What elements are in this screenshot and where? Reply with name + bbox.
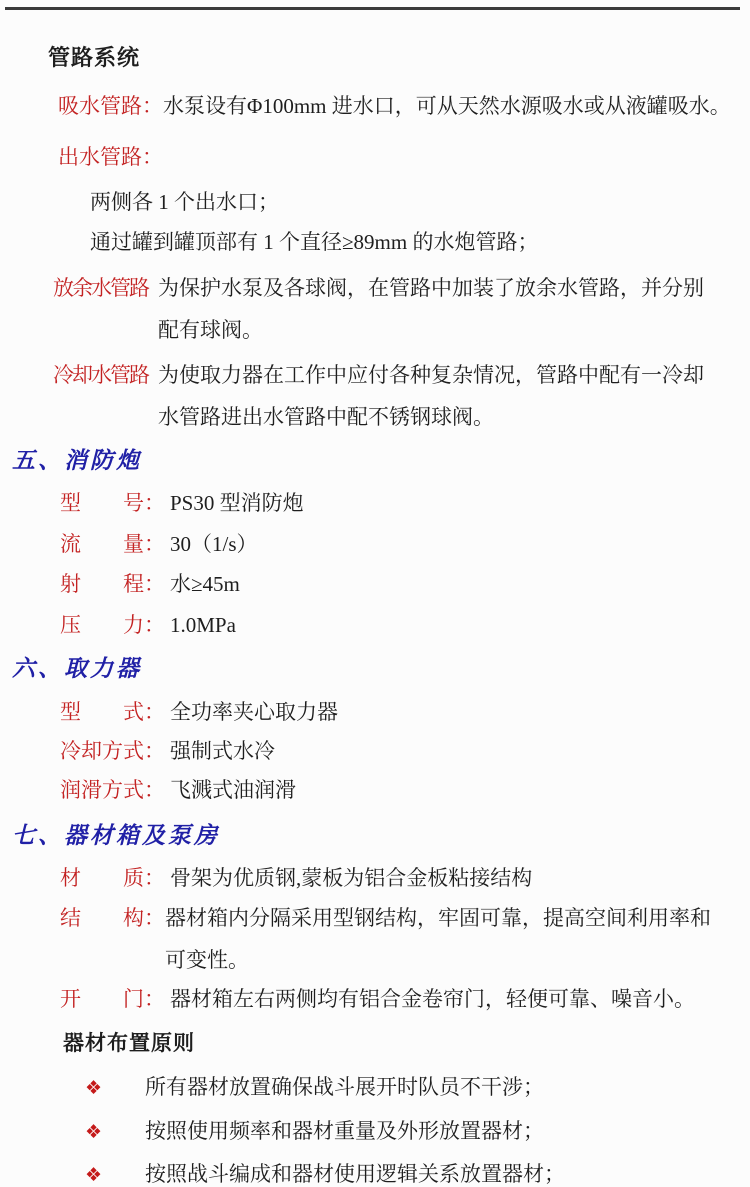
spec-row: 冷却方式：强制式水冷 xyxy=(60,739,275,763)
outlet-pipe-label: 出水管路： xyxy=(58,145,163,169)
spec-value: PS30 型消防炮 xyxy=(170,491,304,515)
fire-monitor-section-heading: 五、消防炮 xyxy=(12,447,142,475)
drain-pipe-text: 为保护水泵及各球阀，在管路中加装了放余水管路，并分别配有球阀。 xyxy=(158,267,721,351)
piping-section-heading: 管路系统 xyxy=(48,46,140,70)
suction-pipe-label: 吸水管路： xyxy=(58,94,163,118)
principle-item: ❖按照使用频率和器材重量及外形放置器材； xyxy=(85,1118,544,1145)
suction-pipe-text: 水泵设有Φ100mm 进水口，可从天然水源吸水或从液罐吸水。 xyxy=(163,94,731,118)
spec-value: 30（1/s） xyxy=(170,532,258,556)
spec-label: 材 质： xyxy=(60,866,165,890)
spec-value: 强制式水冷 xyxy=(170,739,275,763)
diamond-bullet-icon: ❖ xyxy=(85,1119,145,1145)
drain-pipe-paragraph: 放余水管路 为保护水泵及各球阀，在管路中加装了放余水管路，并分别配有球阀。 xyxy=(53,267,721,351)
spec-label: 润滑方式： xyxy=(60,778,165,802)
page-top-rule xyxy=(5,7,740,10)
spec-label: 型 号： xyxy=(60,491,165,515)
suction-pipe-line: 吸水管路：水泵设有Φ100mm 进水口，可从天然水源吸水或从液罐吸水。 xyxy=(58,94,731,118)
cooling-pipe-text: 为使取力器在工作中应付各种复杂情况，管路中配有一冷却水管路进出水管路中配不锈钢球… xyxy=(158,354,721,438)
spec-value: 器材箱左右两侧均有铝合金卷帘门，轻便可靠、噪音小。 xyxy=(170,987,695,1011)
diamond-bullet-icon: ❖ xyxy=(85,1075,145,1101)
spec-row: 流 量：30（1/s） xyxy=(60,532,258,556)
principle-text: 按照战斗编成和器材使用逻辑关系放置器材； xyxy=(145,1162,565,1186)
spec-label: 射 程： xyxy=(60,572,165,596)
drain-pipe-label: 放余水管路 xyxy=(53,267,148,309)
spec-row: 射 程：水≥45m xyxy=(60,572,240,596)
spec-row: 开 门：器材箱左右两侧均有铝合金卷帘门，轻便可靠、噪音小。 xyxy=(60,987,695,1011)
spec-row: 材 质：骨架为优质钢,蒙板为铝合金板粘接结构 xyxy=(60,866,532,890)
principle-item: ❖按照战斗编成和器材使用逻辑关系放置器材； xyxy=(85,1161,565,1187)
cooling-pipe-label: 冷却水管路 xyxy=(53,354,148,396)
cooling-pipe-paragraph: 冷却水管路 为使取力器在工作中应付各种复杂情况，管路中配有一冷却水管路进出水管路… xyxy=(53,354,721,438)
spec-row: 型 式：全功率夹心取力器 xyxy=(60,700,338,724)
spec-label: 型 式： xyxy=(60,700,165,724)
spec-value: 水≥45m xyxy=(170,572,240,596)
layout-principles-heading: 器材布置原则 xyxy=(63,1031,195,1055)
document-page: 管路系统 吸水管路：水泵设有Φ100mm 进水口，可从天然水源吸水或从液罐吸水。… xyxy=(0,0,750,1187)
spec-row: 结 构：器材箱内分隔采用型钢结构，牢固可靠，提高空间利用率和可变性。 xyxy=(60,897,725,981)
spec-label: 压 力： xyxy=(60,613,165,637)
outlet-pipe-line: 出水管路： xyxy=(58,145,163,169)
spec-row: 型 号：PS30 型消防炮 xyxy=(60,491,304,515)
spec-label: 冷却方式： xyxy=(60,739,165,763)
spec-label: 开 门： xyxy=(60,987,165,1011)
outlet-sub-item: 通过罐到罐顶部有 1 个直径≥89mm 的水炮管路； xyxy=(90,230,538,254)
principle-item: ❖所有器材放置确保战斗展开时队员不干涉； xyxy=(85,1074,544,1101)
spec-value: 飞溅式油润滑 xyxy=(170,778,296,802)
equipment-box-section-heading: 七、器材箱及泵房 xyxy=(12,822,220,850)
spec-value: 器材箱内分隔采用型钢结构，牢固可靠，提高空间利用率和可变性。 xyxy=(165,897,725,981)
principle-text: 按照使用频率和器材重量及外形放置器材； xyxy=(145,1119,544,1143)
outlet-sub-item: 两侧各 1 个出水口； xyxy=(90,190,279,214)
spec-row: 润滑方式：飞溅式油润滑 xyxy=(60,778,296,802)
spec-row: 压 力：1.0MPa xyxy=(60,613,236,637)
principle-text: 所有器材放置确保战斗展开时队员不干涉； xyxy=(145,1075,544,1099)
diamond-bullet-icon: ❖ xyxy=(85,1162,145,1187)
spec-value: 全功率夹心取力器 xyxy=(170,700,338,724)
spec-value: 骨架为优质钢,蒙板为铝合金板粘接结构 xyxy=(170,866,532,890)
spec-value: 1.0MPa xyxy=(170,613,236,637)
pto-section-heading: 六、取力器 xyxy=(12,655,142,683)
spec-label: 结 构： xyxy=(60,897,165,939)
spec-label: 流 量： xyxy=(60,532,165,556)
